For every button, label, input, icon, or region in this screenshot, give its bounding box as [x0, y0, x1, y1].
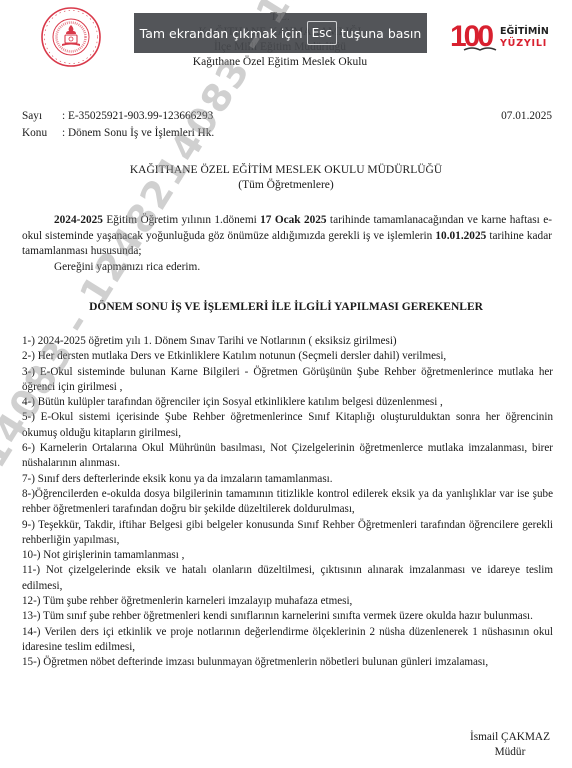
- sayi-label: Sayı: [22, 110, 62, 122]
- list-item: 4-) Bütün kulüpler tarafından öğrenciler…: [22, 395, 553, 410]
- svg-text:YÜZYILI: YÜZYILI: [499, 38, 547, 49]
- bold-deadline: 10.01.2025: [435, 230, 486, 242]
- list-item: 13-) Tüm sınıf şube rehber öğretmenleri …: [22, 609, 553, 624]
- list-item: 10-) Not girişlerinin tamamlanması ,: [22, 548, 553, 563]
- signer-name: İsmail ÇAKMAZ: [470, 730, 550, 745]
- konu-row: Konu: Dönem Sonu İş ve İşlemleri Hk.: [22, 127, 214, 139]
- header-line-school: Kağıthane Özel Eğitim Meslek Okulu: [130, 55, 430, 70]
- list-item: 11-) Not çizelgelerinde eksik ve hatalı …: [22, 563, 553, 594]
- list-item: 3-) E-Okul sisteminde bulunan Karne Bilg…: [22, 365, 553, 396]
- recipient-block: KAĞITHANE ÖZEL EĞİTİM MESLEK OKULU MÜDÜR…: [0, 163, 572, 193]
- konu-label: Konu: [22, 127, 62, 139]
- list-item: 15-) Öğretmen nöbet defterinde imzası bu…: [22, 655, 553, 670]
- body-text-1: Eğitim Öğretim yılının 1.dönemi: [103, 214, 260, 226]
- list-item: 8-)Öğrencilerden e-okulda dosya bilgiler…: [22, 487, 553, 518]
- list-item: 12-) Tüm şube rehber öğretmenlerin karne…: [22, 594, 553, 609]
- list-item: 2-) Her dersten mutlaka Ders ve Etkinlik…: [22, 349, 553, 364]
- sayi-row: Sayı: E-35025921-903.99-123666293: [22, 110, 213, 122]
- task-list: 1-) 2024-2025 öğretim yılı 1. Dönem Sına…: [22, 334, 553, 671]
- document-page: T.C. KAĞITHANE KAYMAKAMLIĞI İlçe Milli E…: [0, 0, 572, 768]
- sayi-value: : E-35025921-903.99-123666293: [62, 110, 213, 122]
- list-item: 14-) Verilen ders içi etkinlik ve proje …: [22, 625, 553, 656]
- bold-year: 2024-2025: [54, 214, 103, 226]
- signer-title: Müdür: [470, 745, 550, 760]
- meb-emblem-icon: [40, 6, 102, 68]
- svg-text:EĞİTİMİN: EĞİTİMİN: [500, 25, 549, 37]
- recipient-title: KAĞITHANE ÖZEL EĞİTİM MESLEK OKULU MÜDÜR…: [0, 163, 572, 178]
- fullscreen-message-after: tuşuna basın: [341, 26, 421, 41]
- list-item: 5-) E-Okul sistemi içerisinde Şube Rehbe…: [22, 410, 553, 441]
- konu-value: : Dönem Sonu İş ve İşlemleri Hk.: [62, 127, 214, 139]
- bold-end-date: 17 Ocak 2025: [260, 214, 326, 226]
- section-title: DÖNEM SONU İŞ VE İŞLEMLERİ İLE İLGİLİ YA…: [0, 301, 572, 313]
- list-item: 9-) Teşekkür, Takdir, iftihar Belgesi gi…: [22, 518, 553, 549]
- signature-block: İsmail ÇAKMAZ Müdür: [470, 730, 550, 760]
- list-item: 6-) Karnelerin Ortalarına Okul Mührünün …: [22, 441, 553, 472]
- list-item: 7-) Sınıf ders defterlerinde eksik konu …: [22, 472, 553, 487]
- fullscreen-exit-banner: Tam ekrandan çıkmak için Esc tuşuna bası…: [134, 13, 427, 53]
- document-date: 07.01.2025: [501, 110, 552, 122]
- body-paragraph: 2024-2025 Eğitim Öğretim yılının 1.dönem…: [22, 213, 552, 260]
- recipient-subtitle: (Tüm Öğretmenlere): [0, 178, 572, 193]
- list-item: 1-) 2024-2025 öğretim yılı 1. Dönem Sına…: [22, 334, 553, 349]
- century-logo-icon: 100 EĞİTİMİN YÜZYILI: [450, 20, 572, 56]
- fullscreen-message-before: Tam ekrandan çıkmak için: [140, 26, 303, 41]
- request-line: Gereğini yapmanızı rica ederim.: [22, 260, 552, 276]
- esc-key-hint: Esc: [307, 21, 337, 45]
- egitimin-yuzyili-logo: 100 EĞİTİMİN YÜZYILI: [450, 20, 572, 56]
